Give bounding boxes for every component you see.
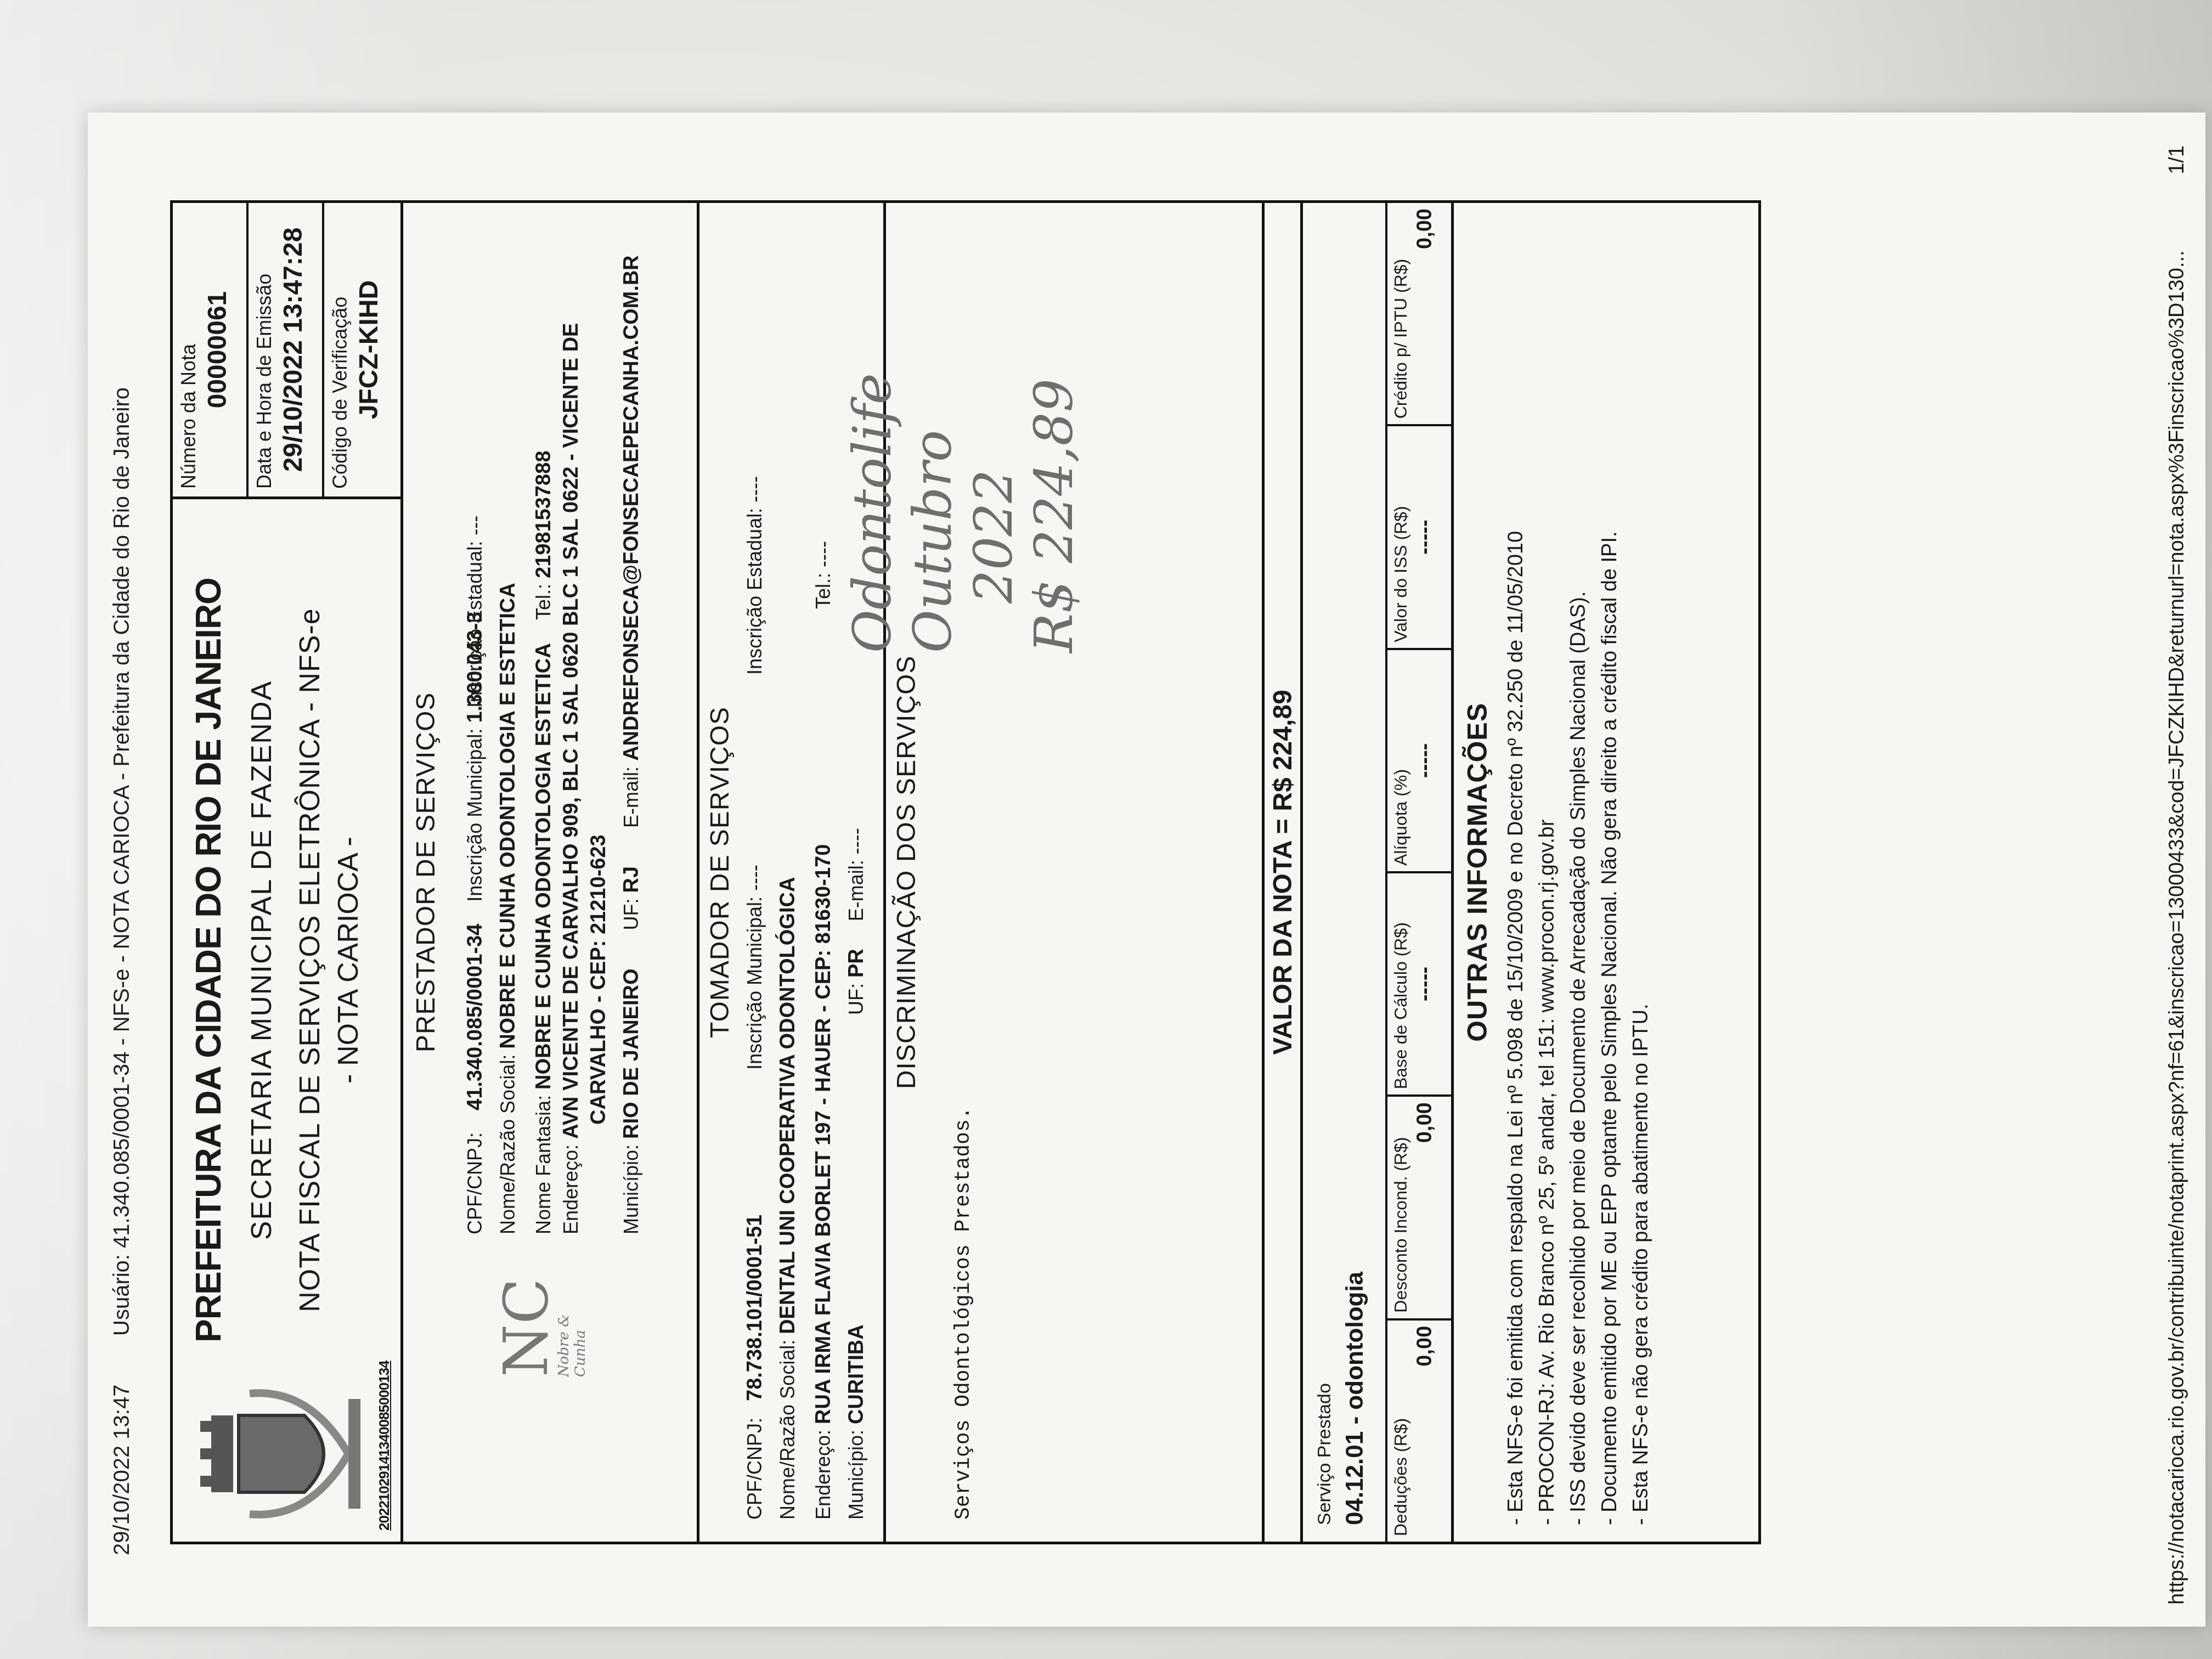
other-info-item: - Esta NFS-e não gera crédito para abati… (1629, 203, 1653, 1525)
tax-table: Deduções (R$) 0,00 Desconto Incond. (R$)… (1385, 203, 1453, 1542)
other-info-item: - PROCON-RJ: Av. Rio Branco nº 25, 5º an… (1536, 203, 1559, 1525)
client-ie-row: Inscrição Estadual: ---- (743, 476, 766, 675)
client-uf-email-row: UF: PR E-mail: ---- (845, 828, 868, 1015)
provider-fantasia: NOBRE E CUNHA ODONTOLOGIA ESTETICA (532, 643, 555, 1090)
other-info-title: OUTRAS INFORMAÇÕES (1462, 203, 1493, 1542)
paper-sheet-wrapper: 29/10/2022 13:47 Usuário: 41.340.085/000… (88, 112, 2205, 1627)
provider-title: PRESTADOR DE SERVIÇOS (411, 203, 441, 1542)
services-description-section: DISCRIMINAÇÃO DOS SERVIÇOS Serviços Odon… (886, 203, 1265, 1542)
client-uf: PR (845, 949, 868, 978)
other-info-item: - ISS devido deve ser recolhido por meio… (1567, 203, 1590, 1525)
print-datetime: 29/10/2022 13:47 (110, 1385, 134, 1555)
provider-razao-row: Nome/Razão Social: NOBRE E CUNHA ODONTOL… (496, 583, 520, 1234)
provider-razao: NOBRE E CUNHA ODONTOLOGIA E ESTETICA (496, 583, 520, 1048)
nfse-title: NOTA FISCAL DE SERVIÇOS ELETRÔNICA - NFS… (294, 543, 326, 1377)
tax-label: Deduções (R$) (1391, 1326, 1411, 1536)
total-value-band: VALOR DA NOTA = R$ 224,89 (1265, 203, 1303, 1542)
client-municipio-label: Município: (845, 1430, 867, 1520)
provider-municipio-row: Município: RIO DE JANEIRO UF: RJ E-mail:… (620, 255, 644, 1234)
provider-fantasia-row: Nome Fantasia: NOBRE E CUNHA ODONTOLOGIA… (532, 643, 556, 1234)
client-address-label: Endereço: (812, 1430, 834, 1520)
services-description-text: Serviços Odontológicos Prestados. (952, 1107, 975, 1520)
tax-label: Crédito p/ IPTU (R$) (1391, 208, 1411, 419)
issue-date-cell: Data e Hora de Emissão 29/10/2022 13:47:… (249, 203, 324, 496)
tax-label: Alíquota (%) (1391, 656, 1411, 866)
service-label: Serviço Prestado (1314, 1383, 1335, 1525)
handwritten-note: Odontolife Outubro 2022 R$ 224,89 (842, 373, 1085, 653)
client-tel: ---- (812, 541, 834, 567)
tax-label: Desconto Incond. (R$) (1391, 1102, 1411, 1312)
note-number-cell: Número da Nota 00000061 (173, 203, 249, 496)
client-cnpj: 78.738.101/0001-51 (743, 1215, 766, 1401)
tax-label: Base de Cálculo (R$) (1391, 879, 1411, 1089)
client-razao-label: Nome/Razão Social: (776, 1340, 799, 1520)
title-block: PREFEITURA DA CIDADE DO RIO DE JANEIRO S… (184, 543, 365, 1377)
tax-value: ----- (1413, 432, 1437, 642)
client-ie: ---- (743, 476, 766, 503)
invoice-header: 20221029141340085000134 PREFEITURA DA CI… (173, 203, 403, 1542)
tax-label: Valor do ISS (R$) (1391, 432, 1411, 642)
verification-code: JFCZ-KIHD (354, 211, 384, 489)
client-email: ---- (845, 828, 867, 854)
provider-section: PRESTADOR DE SERVIÇOS NC Nobre & Cunha C… (403, 203, 699, 1542)
verification-code-label: Código de Verificação (329, 211, 352, 489)
nota-carioca-title: - NOTA CARIOCA - (332, 543, 365, 1377)
provider-email: ANDREFONSECA@FONSECAEPECANHA.COM.BR (620, 255, 643, 761)
provider-address-line1: AVN VICENTE DE CARVALHO 909, BLC 1 SAL 0… (560, 323, 583, 1139)
crest-code: 20221029141340085000134 (376, 1361, 393, 1531)
provider-tel: 21981537888 (532, 450, 555, 578)
handwritten-line-3: 2022 (963, 373, 1024, 653)
total-value: VALOR DA NOTA = R$ 224,89 (1268, 203, 1298, 1542)
client-cnpj-label: CPF/CNPJ: (743, 1418, 766, 1520)
provider-logo-mark: NC (491, 1278, 561, 1377)
provider-municipio-label: Município: (620, 1144, 642, 1234)
provider-razao-label: Nome/Razão Social: (496, 1054, 519, 1234)
print-title: Usuário: 41.340.085/0001-34 - NFS-e - NO… (110, 387, 134, 1336)
provider-im-label: Inscrição Municipal: (464, 729, 486, 902)
tax-value: 0,00 (1413, 1102, 1437, 1312)
handwritten-line-1: Odontolife (842, 373, 902, 653)
provider-fantasia-label: Nome Fantasia: (532, 1095, 555, 1234)
tax-value: ----- (1413, 656, 1437, 866)
other-info-item: - Documento emitido por ME ou EPP optant… (1598, 203, 1622, 1525)
client-razao: DENTAL UNI COOPERATIVA ODONTOLÓGICA (776, 877, 799, 1334)
verification-code-cell: Código de Verificação JFCZ-KIHD (324, 203, 400, 496)
provider-email-label: E-mail: (620, 766, 642, 828)
tax-col-deducoes: Deduções (R$) 0,00 (1387, 1318, 1453, 1542)
provider-cnpj: 41.340.085/0001-34 (464, 924, 487, 1110)
city-crest-icon (200, 1383, 365, 1525)
note-meta-box: Número da Nota 00000061 Data e Hora de E… (173, 203, 403, 499)
tax-col-desconto: Desconto Incond. (R$) 0,00 (1387, 1094, 1453, 1318)
provider-address-row2: CARVALHO - CEP: 21210-623 (587, 834, 611, 1125)
client-cnpj-row: CPF/CNPJ: 78.738.101/0001-51 (743, 1215, 767, 1520)
provider-address-line2: CARVALHO - CEP: 21210-623 (587, 834, 610, 1125)
tax-col-aliquota: Alíquota (%) ----- (1387, 648, 1453, 871)
city-title: PREFEITURA DA CIDADE DO RIO DE JANEIRO (188, 543, 229, 1377)
issue-date-label: Data e Hora de Emissão (253, 211, 276, 489)
provider-ie-row: Inscrição Estadual: --- (464, 516, 487, 708)
handwritten-line-4: R$ 224,89 (1024, 373, 1084, 653)
provider-tel-label: Tel.: (532, 584, 555, 620)
handwritten-line-2: Outubro (902, 373, 963, 653)
note-number-label: Número da Nota (177, 211, 200, 489)
provider-municipio: RIO DE JANEIRO (620, 969, 643, 1139)
issue-date: 29/10/2022 13:47:28 (278, 211, 308, 489)
provider-ie: --- (464, 516, 486, 535)
other-info-item: - Esta NFS-e foi emitida com respaldo na… (1504, 203, 1528, 1525)
invoice-document: 29/10/2022 13:47 Usuário: 41.340.085/000… (88, 112, 2205, 1627)
client-municipio-row: Município: CURITIBA (845, 1324, 868, 1520)
provider-uf: RJ (620, 866, 643, 893)
client-razao-row: Nome/Razão Social: DENTAL UNI COOPERATIV… (776, 877, 800, 1520)
tax-value: 0,00 (1413, 208, 1437, 419)
client-im: ---- (743, 865, 766, 891)
provider-uf-label: UF: (620, 899, 642, 930)
client-ie-label: Inscrição Estadual: (743, 508, 766, 675)
print-footer-page: 1/1 (2165, 145, 2189, 174)
provider-cnpj-label: CPF/CNPJ: (464, 1132, 486, 1234)
client-address: RUA IRMA FLAVIA BORLET 197 - HAUER - CEP… (812, 844, 835, 1424)
other-info-list: - Esta NFS-e foi emitida com respaldo na… (1504, 203, 1653, 1525)
provider-logo: NC Nobre & Cunha (491, 1267, 623, 1377)
print-footer-url: https://notacarioca.rio.gov.br/contribui… (2165, 250, 2189, 1605)
client-address-row: Endereço: RUA IRMA FLAVIA BORLET 197 - H… (812, 844, 836, 1520)
tax-value: 0,00 (1413, 1326, 1437, 1536)
service-tax-section: Serviço Prestado 04.12.01 - odontologia … (1303, 203, 1451, 1542)
service-code: 04.12.01 - odontologia (1341, 1272, 1369, 1525)
client-municipio: CURITIBA (845, 1324, 868, 1424)
tax-value: ----- (1413, 879, 1437, 1089)
secretariat-title: SECRETARIA MUNICIPAL DE FAZENDA (245, 543, 278, 1377)
provider-ie-label: Inscrição Estadual: (464, 541, 486, 708)
client-email-label: E-mail: (845, 860, 867, 921)
provider-address-row: Endereço: AVN VICENTE DE CARVALHO 909, B… (560, 323, 583, 1234)
client-im-row: Inscrição Municipal: ---- (743, 865, 766, 1070)
print-header: 29/10/2022 13:47 Usuário: 41.340.085/000… (110, 184, 134, 1555)
client-uf-label: UF: (845, 983, 867, 1015)
provider-address-label: Endereço: (560, 1144, 582, 1234)
provider-tel-row: Tel.: 21981537888 (532, 450, 556, 620)
client-title: TOMADOR DE SERVIÇOS (705, 203, 735, 1542)
client-tel-label: Tel.: (812, 573, 834, 609)
other-info-section: OUTRAS INFORMAÇÕES - Esta NFS-e foi emit… (1454, 200, 1761, 1544)
client-tel-row: Tel.: ---- (812, 541, 835, 609)
note-number: 00000061 (202, 211, 233, 489)
tax-col-iptu: Crédito p/ IPTU (R$) 0,00 (1387, 203, 1453, 424)
tax-col-base: Base de Cálculo (R$) ----- (1387, 871, 1453, 1094)
invoice-frame: 20221029141340085000134 PREFEITURA DA CI… (170, 200, 1454, 1544)
client-im-label: Inscrição Municipal: (743, 896, 766, 1070)
tax-col-iss: Valor do ISS (R$) ----- (1387, 424, 1453, 647)
